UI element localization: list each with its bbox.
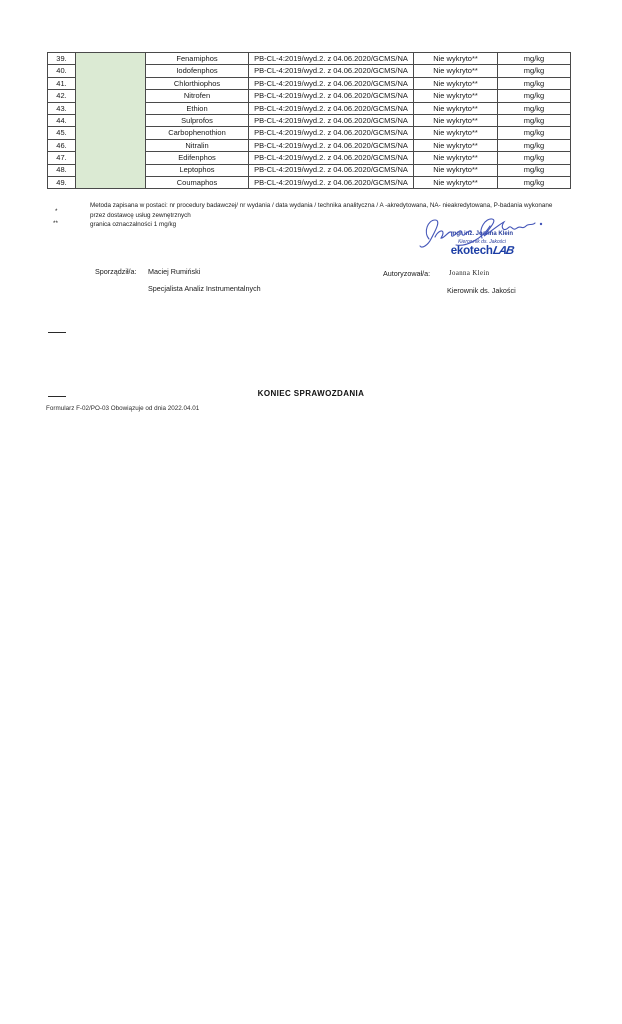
row-number-cell: 40. — [48, 65, 76, 77]
footnote-marker: ** — [53, 220, 58, 227]
compound-name-cell: Carbophenothion — [146, 127, 249, 139]
method-cell: PB-CL-4:2019/wyd.2. z 04.06.2020/GCMS/NA — [249, 65, 414, 77]
form-footer-text: Formularz F-02/PO-03 Obowiązuje od dnia … — [46, 405, 199, 412]
method-cell: PB-CL-4:2019/wyd.2. z 04.06.2020/GCMS/NA — [249, 152, 414, 164]
compound-name-cell: Sulprofos — [146, 114, 249, 126]
result-cell: Nie wykryto** — [414, 139, 498, 151]
end-of-report-text: KONIEC SPRAWOZDANIA — [0, 389, 622, 398]
method-cell: PB-CL-4:2019/wyd.2. z 04.06.2020/GCMS/NA — [249, 114, 414, 126]
method-cell: PB-CL-4:2019/wyd.2. z 04.06.2020/GCMS/NA — [249, 53, 414, 65]
table-row: 39.FenamiphosPB-CL-4:2019/wyd.2. z 04.06… — [48, 53, 571, 65]
row-number-cell: 39. — [48, 53, 76, 65]
unit-cell: mg/kg — [498, 102, 571, 114]
method-cell: PB-CL-4:2019/wyd.2. z 04.06.2020/GCMS/NA — [249, 164, 414, 176]
result-cell: Nie wykryto** — [414, 176, 498, 188]
row-number-cell: 44. — [48, 114, 76, 126]
unit-cell: mg/kg — [498, 164, 571, 176]
unit-cell: mg/kg — [498, 139, 571, 151]
unit-cell: mg/kg — [498, 77, 571, 89]
result-cell: Nie wykryto** — [414, 127, 498, 139]
results-table-body: 39.FenamiphosPB-CL-4:2019/wyd.2. z 04.06… — [48, 53, 571, 189]
compound-name-cell: Nitrofen — [146, 90, 249, 102]
unit-cell: mg/kg — [498, 176, 571, 188]
method-cell: PB-CL-4:2019/wyd.2. z 04.06.2020/GCMS/NA — [249, 139, 414, 151]
unit-cell: mg/kg — [498, 127, 571, 139]
compound-name-cell: Chlorthiophos — [146, 77, 249, 89]
authorized-by-name: Joanna Klein — [449, 270, 489, 277]
compound-name-cell: Edifenphos — [146, 152, 249, 164]
method-cell: PB-CL-4:2019/wyd.2. z 04.06.2020/GCMS/NA — [249, 127, 414, 139]
handwritten-signature-icon — [418, 217, 546, 253]
unit-cell: mg/kg — [498, 114, 571, 126]
authorized-by-label: Autoryzował/a: — [383, 269, 430, 278]
compound-name-cell: Iodofenphos — [146, 65, 249, 77]
prepared-by-name: Maciej Rumiński — [148, 267, 200, 276]
document-page: 39.FenamiphosPB-CL-4:2019/wyd.2. z 04.06… — [0, 0, 622, 1024]
footnote-marker: * — [55, 208, 57, 215]
method-cell: PB-CL-4:2019/wyd.2. z 04.06.2020/GCMS/NA — [249, 77, 414, 89]
prepared-by-label: Sporządził/a: — [95, 267, 137, 276]
row-number-cell: 43. — [48, 102, 76, 114]
unit-cell: mg/kg — [498, 152, 571, 164]
result-cell: Nie wykryto** — [414, 65, 498, 77]
approval-stamp: mgr inż. Joanna Klein Kierownik ds. Jako… — [410, 217, 554, 269]
unit-cell: mg/kg — [498, 65, 571, 77]
result-cell: Nie wykryto** — [414, 102, 498, 114]
method-cell: PB-CL-4:2019/wyd.2. z 04.06.2020/GCMS/NA — [249, 176, 414, 188]
row-number-cell: 46. — [48, 139, 76, 151]
authorized-by-title: Kierownik ds. Jakości — [447, 286, 516, 295]
sample-group-cell — [76, 53, 146, 189]
result-cell: Nie wykryto** — [414, 90, 498, 102]
row-number-cell: 47. — [48, 152, 76, 164]
results-table: 39.FenamiphosPB-CL-4:2019/wyd.2. z 04.06… — [47, 52, 571, 189]
row-number-cell: 49. — [48, 176, 76, 188]
result-cell: Nie wykryto** — [414, 152, 498, 164]
compound-name-cell: Ethion — [146, 102, 249, 114]
unit-cell: mg/kg — [498, 90, 571, 102]
method-cell: PB-CL-4:2019/wyd.2. z 04.06.2020/GCMS/NA — [249, 90, 414, 102]
separator-line — [48, 396, 66, 397]
row-number-cell: 41. — [48, 77, 76, 89]
compound-name-cell: Fenamiphos — [146, 53, 249, 65]
row-number-cell: 45. — [48, 127, 76, 139]
prepared-by-title: Specjalista Analiz Instrumentalnych — [148, 284, 261, 293]
row-number-cell: 48. — [48, 164, 76, 176]
compound-name-cell: Leptophos — [146, 164, 249, 176]
separator-line — [48, 332, 66, 333]
footnote-text: granica oznaczalności 1 mg/kg — [90, 220, 390, 230]
result-cell: Nie wykryto** — [414, 53, 498, 65]
result-cell: Nie wykryto** — [414, 114, 498, 126]
unit-cell: mg/kg — [498, 53, 571, 65]
result-cell: Nie wykryto** — [414, 164, 498, 176]
compound-name-cell: Nitralin — [146, 139, 249, 151]
method-cell: PB-CL-4:2019/wyd.2. z 04.06.2020/GCMS/NA — [249, 102, 414, 114]
compound-name-cell: Coumaphos — [146, 176, 249, 188]
row-number-cell: 42. — [48, 90, 76, 102]
result-cell: Nie wykryto** — [414, 77, 498, 89]
